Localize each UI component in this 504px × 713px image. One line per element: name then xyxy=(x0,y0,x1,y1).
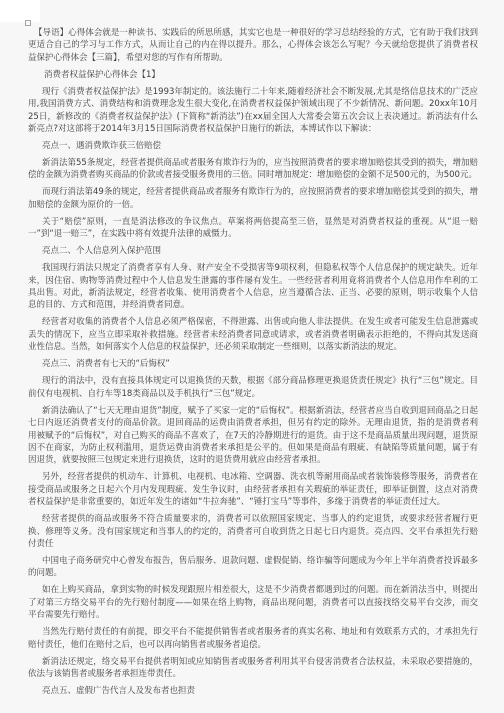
paragraph: 新消法第55条规定，经营者提供商品或者服务有欺诈行为的，应当按照消费者的要求增加… xyxy=(28,157,478,182)
article-page: 【导语】心得体会就是一种读书、实践后的所思所感，其实它也是一种很好的学习总结经验… xyxy=(0,0,504,713)
article-title: 消费者权益保护心得体会【1】 xyxy=(28,69,478,81)
paragraph: 经营者提供的商品或服务不符合质量要求的，消费者可以依照国家规定、当事人的约定退货… xyxy=(28,513,478,550)
article-body: 【导语】心得体会就是一种读书、实践后的所思所感，其实它也是一种很好的学习总结经验… xyxy=(28,27,478,702)
paragraph: 现行《消费者权益保护法》是1993年制定的。该法施行二十年来,随着经济社会不断发… xyxy=(28,86,478,136)
paragraph: 现行的消法中，没有直接具体规定可以退换货的天数，根据《部分商品修理更换退货责任规… xyxy=(28,375,478,400)
lead-paragraph: 【导语】心得体会就是一种读书、实践后的所思所感，其实它也是一种很好的学习总结经验… xyxy=(28,27,478,64)
paragraph: 我国现行消法只规定了消费者享有人身、财产安全不受损害等9项权利，但隐私权等个人信… xyxy=(28,262,478,312)
paragraph: 经营者对收集的消费者个人信息必须严格保密，不得泄露、出售或向他人非法提供。在发生… xyxy=(28,316,478,353)
paragraph: 新消法确认了“七天无理由退货”制度，赋予了买家一定的“后悔权”。根据新消法，经营… xyxy=(28,405,478,467)
paragraph: 新消法还规定，络交易平台提供者明知或应知销售者或服务者利用其平台侵害消费者合法权… xyxy=(28,656,478,681)
section-heading-1: 亮点一、遇消费欺诈获三倍赔偿 xyxy=(28,140,478,152)
paragraph: 另外，经营者提供的机动车、计算机、电视机、电冰箱、空调器、洗衣机等耐用商品或者装… xyxy=(28,471,478,508)
paragraph: 而现行消法第49条的规定，经营者提供商品或者服务有欺诈行为的，应按照消费者的要求… xyxy=(28,186,478,211)
missing-glyph-icon xyxy=(25,20,31,26)
section-heading-3: 亮点三、消费者有七天的“后悔权” xyxy=(28,358,478,370)
paragraph: 中国电子商务研究中心曾发布报告，售后服务、退款问题、虚假促销、络诈骗等问题成为今… xyxy=(28,555,478,580)
paragraph: 当然先行赔付责任的有前提，即交平台不能提供销售者或者服务者的真实名称、地址和有效… xyxy=(28,626,478,651)
section-heading-2: 亮点二、个人信息列入保护范围 xyxy=(28,245,478,257)
paragraph: 如在上购买商品，拿到实物的时候发现跟照片相差很大，这是不少消费者都遇到过的问题。… xyxy=(28,584,478,621)
paragraph: 关于“赔偿”原则，一直是消法修改的争议焦点。草案将两倍提高至三倍，显然是对消费者… xyxy=(28,216,478,241)
section-heading-5: 亮点五、虚假广告代言人及发布者也担责 xyxy=(28,685,478,697)
page-corner-highlight xyxy=(0,0,40,22)
